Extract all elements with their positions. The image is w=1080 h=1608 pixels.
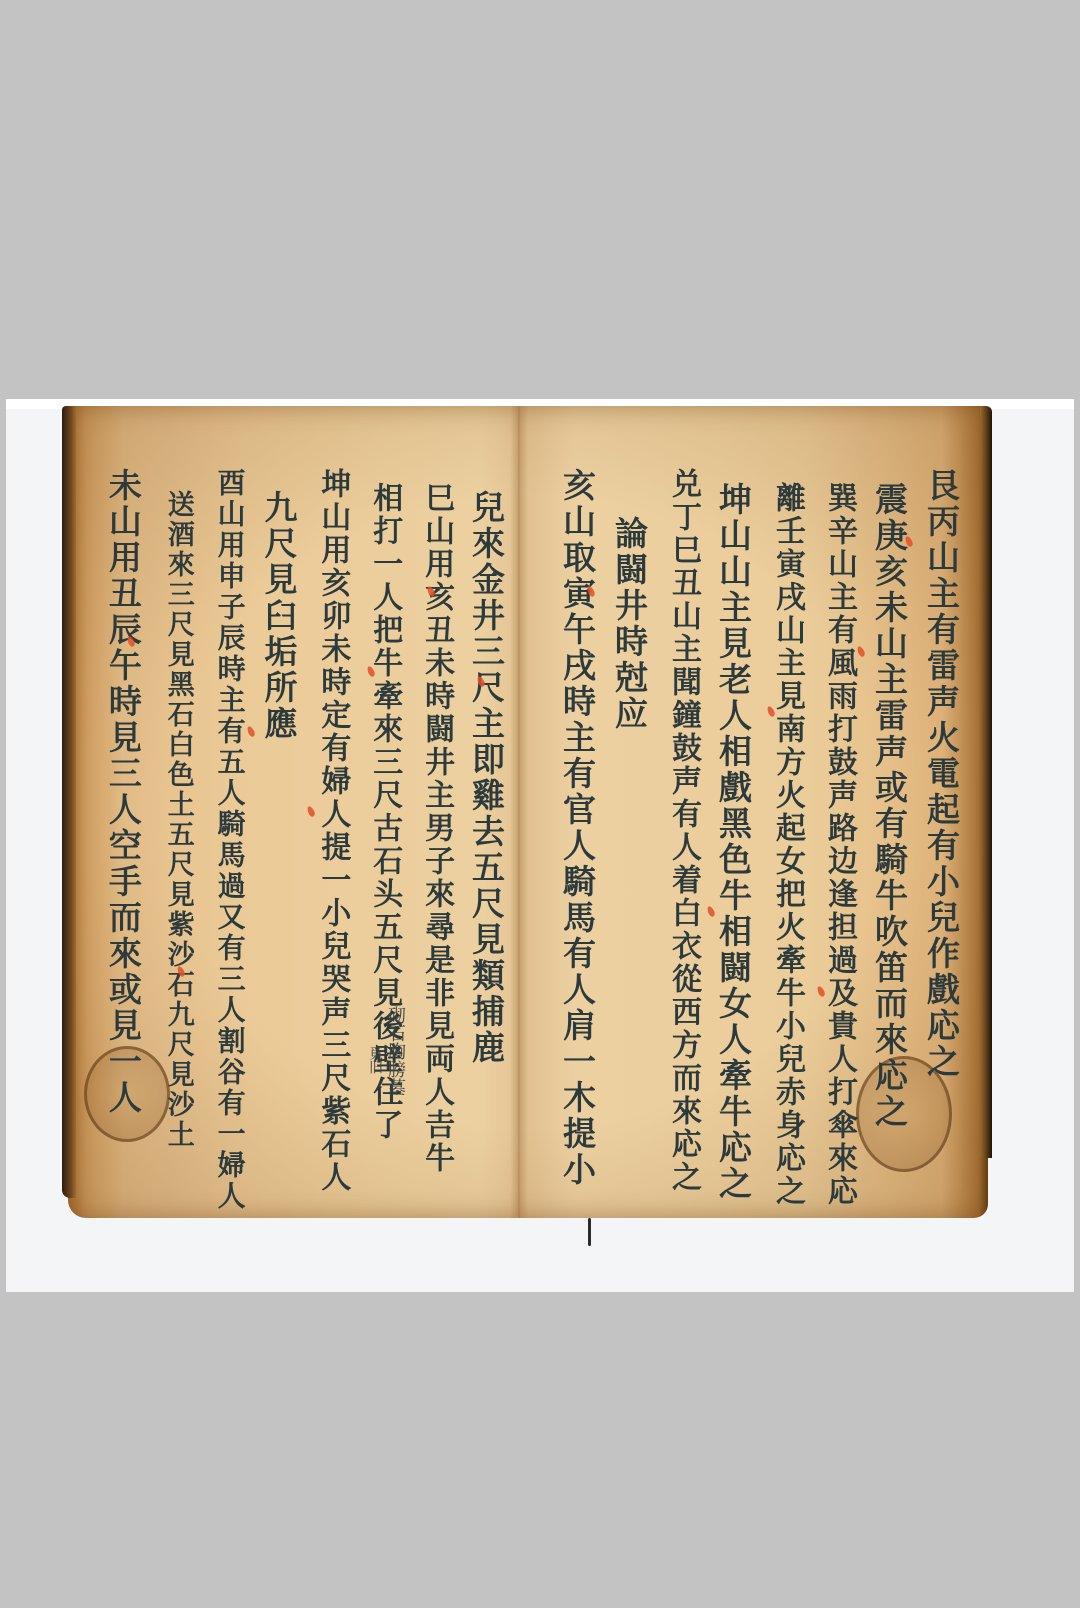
margin-note: 覓旧 <box>368 1046 382 1074</box>
text-column: 坤山用亥卯未時定有婦人提一小兒哭声三尺紫石人 <box>296 468 348 1158</box>
text-column: 巽辛山主有風雨打鼓声路边逢担過及貴人打傘來応 <box>802 468 854 1158</box>
text-column: 酉山用申子辰時主有五人騎馬過又有三人割谷有一婦人 <box>192 468 244 1158</box>
section-heading: 論闘井時尅应 <box>594 468 646 1158</box>
small-note: 砌石胸膀墓 <box>386 1006 404 1096</box>
manuscript-spread: 艮丙山主有雷声火電起有小兒作戲応之 震庚亥未山主雷声或有騎牛吹笛而來応之 巽辛山… <box>68 406 988 1218</box>
text-column: 艮丙山主有雷声火電起有小兒作戲応之 <box>906 468 958 1158</box>
text-column: 坤山山主見老人相戲黑色牛相闘女人牽牛応之 <box>698 468 750 1158</box>
text-column: 兒來金井三尺主即雞去五尺見類捕鹿 <box>451 468 503 1158</box>
book-right-edge <box>980 406 992 1158</box>
book-spine <box>510 406 528 1218</box>
text-column: 兑丁巳丑山主聞鐘鼓声有人着白衣從西方而來応之 <box>646 468 698 1158</box>
text-column: 未山用丑辰午時見三人空手而來或見一人 <box>88 468 140 1158</box>
text-column: 離壬寅戌山主見南方火起女把火牽牛小兒赤身応之 <box>750 468 802 1158</box>
book-left-edge <box>62 406 76 1198</box>
left-page: 兒來金井三尺主即雞去五尺見類捕鹿 巳山用亥丑未時闘井主男子來尋是非見両人𠮷牛 相… <box>88 468 503 1158</box>
text-column: 九尺見臼垢所應 <box>244 468 296 1158</box>
text-column: 亥山取寅午戌時主有官人騎馬有人肩一木提小 <box>542 468 594 1158</box>
binding-thread <box>588 1218 591 1246</box>
text-column: 震庚亥未山主雷声或有騎牛吹笛而來応之 <box>854 468 906 1158</box>
text-column: 送酒來三尺見黑石白色土五尺見紫沙石九尺見沙土 <box>140 468 192 1158</box>
text-column: 巳山用亥丑未時闘井主男子來尋是非見両人𠮷牛 <box>399 468 451 1158</box>
right-page: 艮丙山主有雷声火電起有小兒作戲応之 震庚亥未山主雷声或有騎牛吹笛而來応之 巽辛山… <box>538 468 958 1158</box>
